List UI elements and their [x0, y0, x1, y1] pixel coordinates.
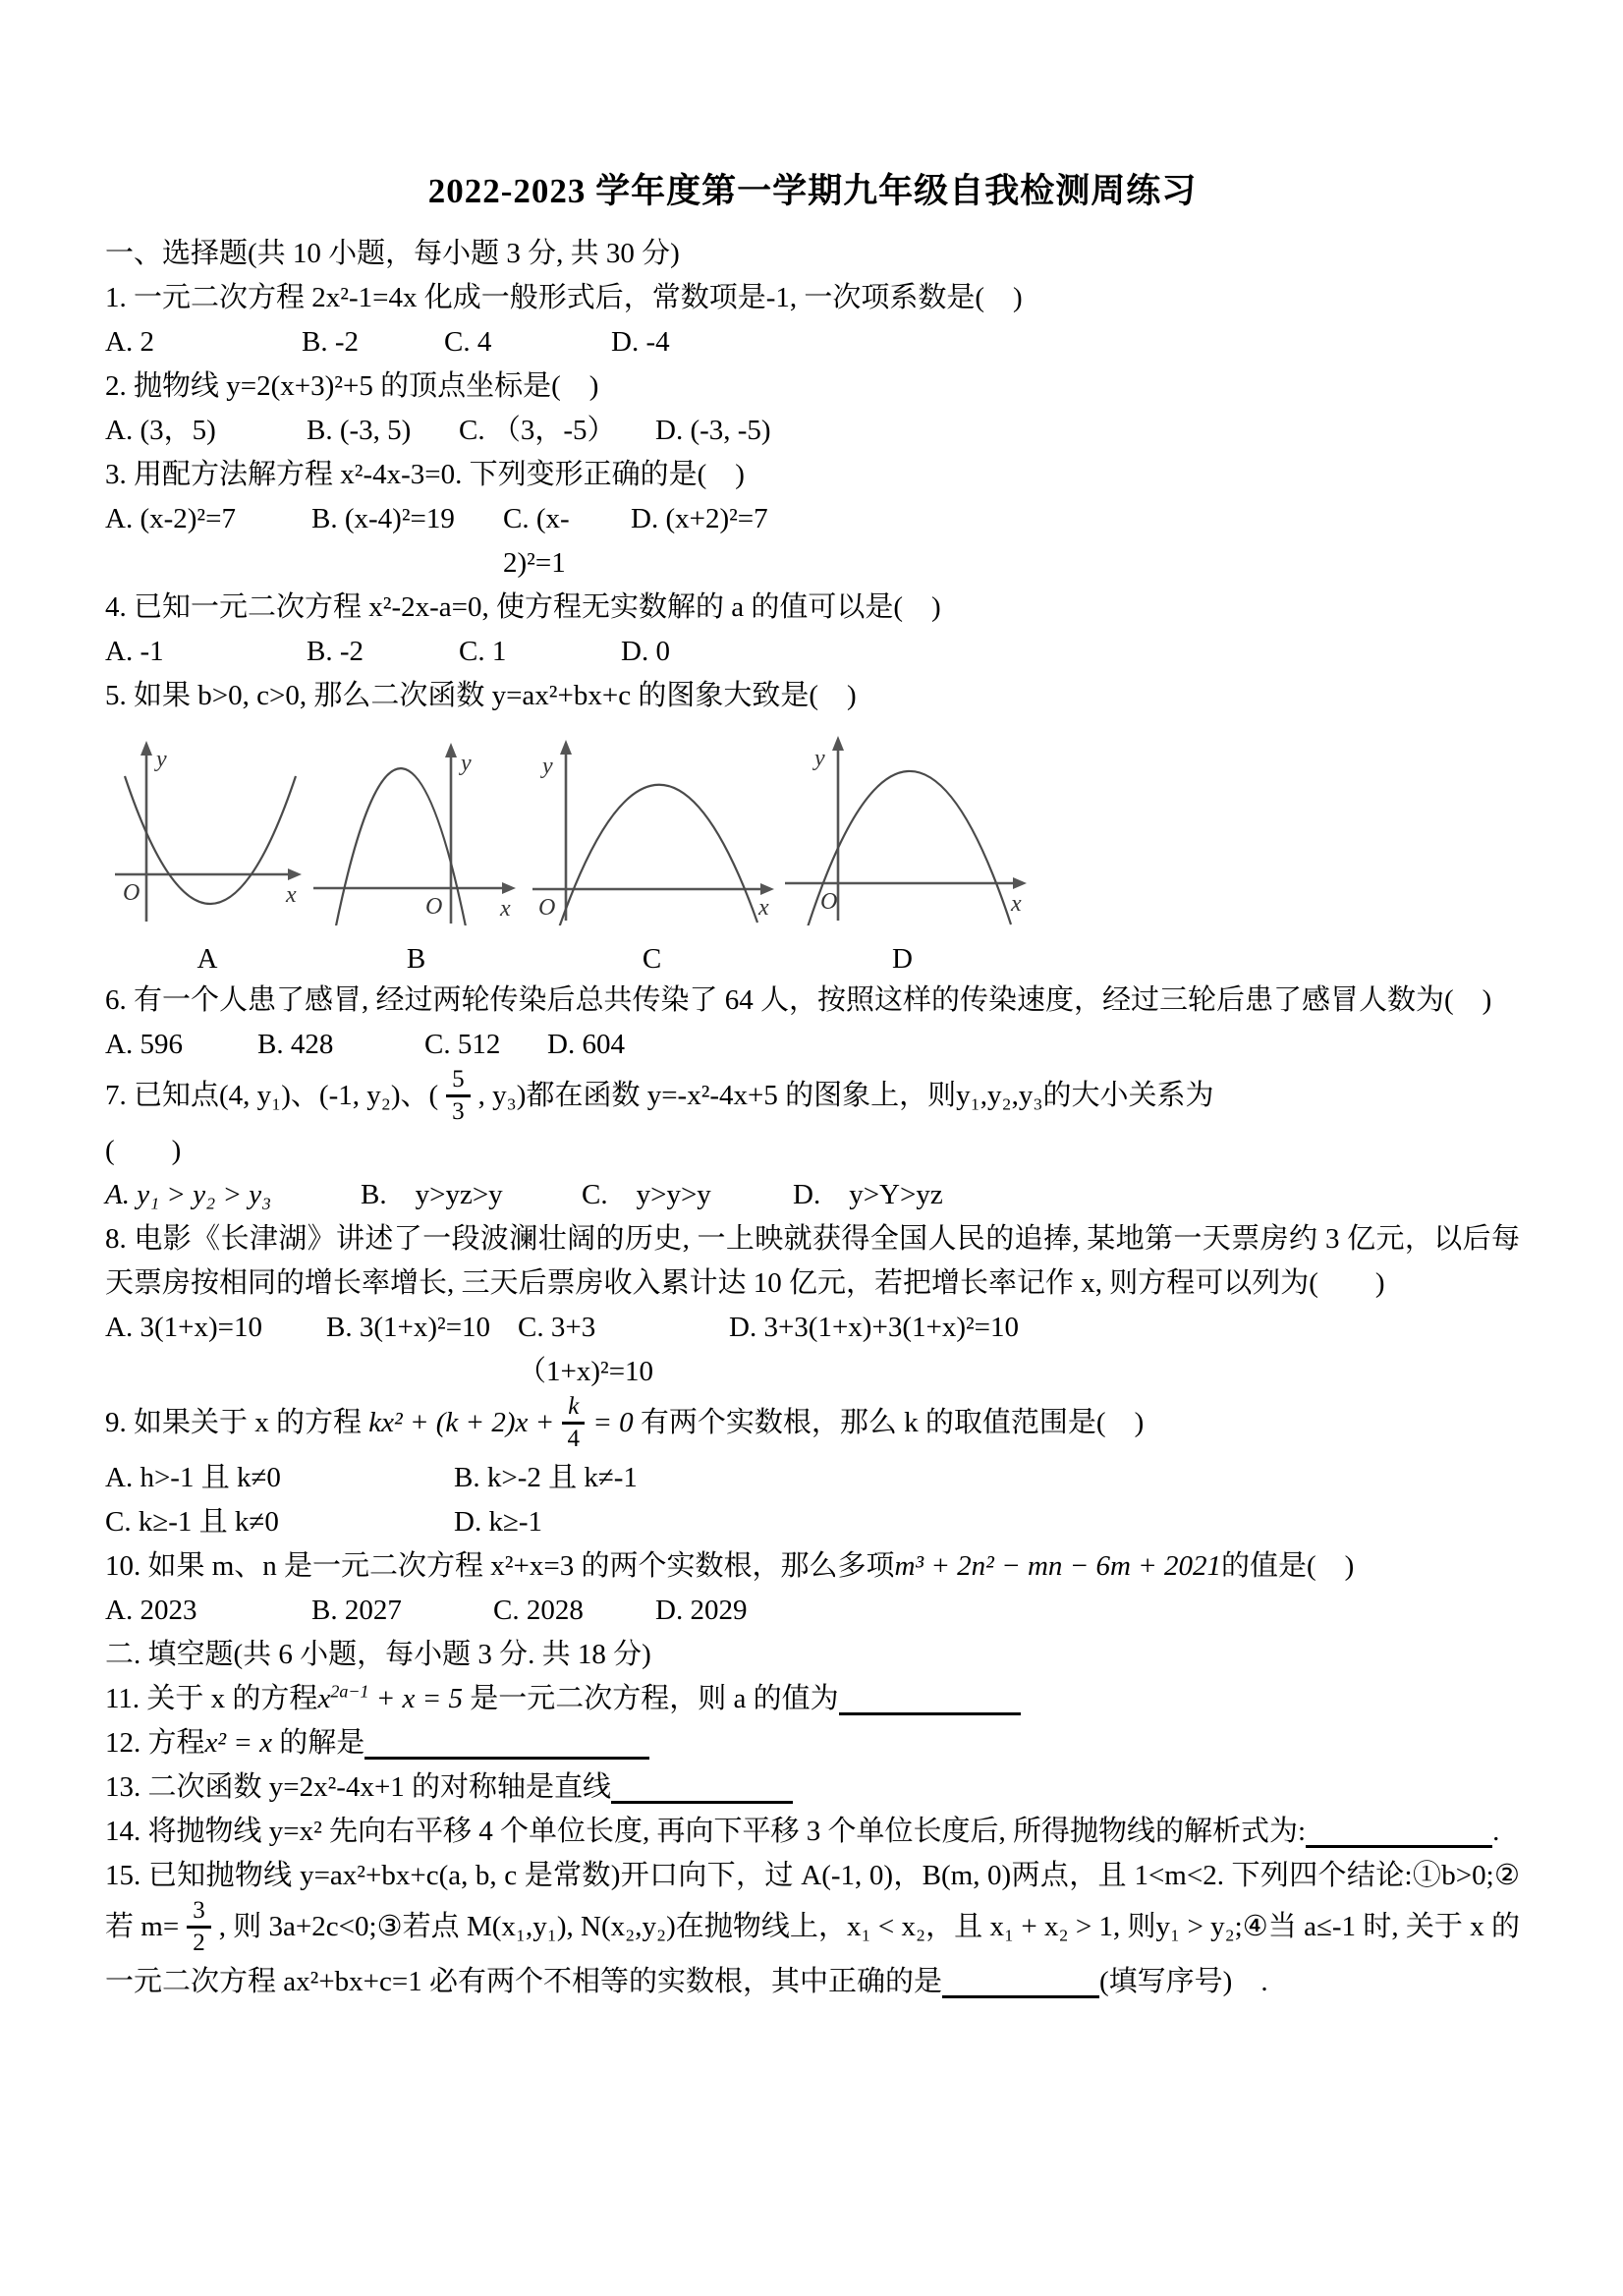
question-7-text-post: , y₃)都在函数 y=-x²-4x+5 的图象上，则y₁,y₂,y₃的大小关系… [478, 1080, 1214, 1111]
parabola-graph-d: y x O [777, 734, 1028, 925]
question-7-text-pre: 7. 已知点(4, y₁)、(-1, y₂)、( [105, 1080, 438, 1111]
option-6a: A. 596 [105, 1023, 257, 1067]
question-3-options: A. (x-2)²=7 B. (x-4)²=19 C. (x-2)²=1 D. … [105, 497, 1520, 586]
question-9-equation: kx² + (k + 2)x + [368, 1407, 554, 1438]
y-axis-arrow-icon [560, 740, 572, 755]
y-axis-label: y [459, 751, 472, 776]
option-2a: A. (3，5) [105, 409, 307, 453]
parabola-graph-b: y x O [306, 739, 527, 925]
question-5-text: 5. 如果 b>0, c>0, 那么二次函数 y=ax²+bx+c 的图象大致是… [105, 674, 1520, 718]
question-11-text-post: 是一元二次方程，则 a 的值为 [470, 1683, 838, 1714]
question-14-text-body: 14. 将抛物线 y=x² 先向右平移 4 个单位长度, 再向下平移 3 个单位… [105, 1816, 1306, 1847]
x-axis-label: x [1010, 891, 1022, 917]
x-axis-arrow-icon [1013, 877, 1027, 889]
question-14-text: 14. 将抛物线 y=x² 先向右平移 4 个单位长度, 再向下平移 3 个单位… [105, 1810, 1520, 1854]
origin-label: O [538, 895, 555, 921]
option-8d: D. 3+3(1+x)+3(1+x)²=10 [729, 1306, 1520, 1394]
y-axis-label: y [812, 746, 825, 771]
option-2b: B. (-3, 5) [307, 409, 459, 453]
option-1c: C. 4 [444, 320, 611, 364]
fraction-three-halves: 32 [187, 1896, 211, 1958]
graph-a-caption: A [109, 939, 306, 979]
origin-label: O [425, 894, 442, 920]
y-axis-arrow-icon [445, 743, 457, 757]
question-9-text: 9. 如果关于 x 的方程 kx² + (k + 2)x +k4= 0 有两个实… [105, 1394, 1520, 1456]
question-13-text-body: 13. 二次函数 y=2x²-4x+1 的对称轴是直线 [105, 1771, 611, 1803]
question-2-options: A. (3，5) B. (-3, 5) C. （3，-5） D. (-3, -5… [105, 409, 1520, 453]
fraction-denominator: 3 [450, 1097, 467, 1127]
section-1-heading: 一、选择题(共 10 小题，每小题 3 分, 共 30 分) [105, 232, 1520, 276]
question-7-bracket: ( ) [105, 1129, 1520, 1173]
option-10d: D. 2029 [655, 1589, 1520, 1633]
x-axis-arrow-icon [760, 883, 774, 895]
origin-label: O [123, 880, 140, 906]
option-3b: B. (x-4)²=19 [311, 497, 503, 586]
question-11-exponent: 2a−1 [330, 1681, 368, 1701]
graph-option-b: y x O B [306, 739, 527, 979]
parabola-graph-choices: y x O A y x O B [109, 734, 1520, 979]
option-4a: A. -1 [105, 630, 307, 674]
option-3c: C. (x-2)²=1 [503, 497, 631, 586]
question-9-text-pre: 9. 如果关于 x 的方程 [105, 1407, 368, 1438]
question-10-options: A. 2023 B. 2027 C. 2028 D. 2029 [105, 1589, 1520, 1633]
option-8c: C. 3+3（1+x)²=10 [518, 1306, 729, 1394]
fraction-k-fourths: k4 [562, 1392, 585, 1454]
fraction-denominator: 2 [191, 1929, 207, 1958]
question-3-text: 3. 用配方法解方程 x²-4x-3=0. 下列变形正确的是( ) [105, 453, 1520, 497]
graph-option-d: y x O D [777, 734, 1028, 979]
option-6b: B. 428 [257, 1023, 424, 1067]
y-axis-arrow-icon [832, 736, 844, 751]
parabola-graph-c: y x O [527, 734, 777, 925]
option-1b: B. -2 [302, 320, 444, 364]
option-6d: D. 604 [547, 1023, 1520, 1067]
fraction-denominator: 4 [566, 1425, 583, 1454]
graph-b-caption: B [306, 939, 527, 979]
question-9-options: A. h>-1 且 k≠0 B. k>-2 且 k≠-1 C. k≥-1 且 k… [105, 1456, 1520, 1544]
y-axis-arrow-icon [140, 741, 152, 756]
question-7-options: A. y₁ > y₂ > y₃ B. y>yz>y C. y>y>y D. y>… [105, 1173, 1520, 1217]
fraction-five-thirds: 53 [446, 1065, 471, 1127]
option-1a: A. 2 [105, 320, 302, 364]
graph-d-caption: D [777, 939, 1028, 979]
option-9c: C. k≥-1 且 k≠0 [105, 1500, 454, 1544]
fraction-numerator: k [562, 1392, 585, 1425]
section-2-heading: 二. 填空题(共 6 小题，每小题 3 分. 共 18 分) [105, 1633, 1520, 1677]
option-8b: B. 3(1+x)²=10 [326, 1306, 518, 1394]
option-8a: A. 3(1+x)=10 [105, 1306, 326, 1394]
answer-blank [1306, 1812, 1492, 1848]
option-9a: A. h>-1 且 k≠0 [105, 1456, 454, 1500]
parabola-graph-a: y x O [109, 739, 306, 925]
option-4b: B. -2 [307, 630, 459, 674]
question-10-polynomial: m³ + 2n² − mn − 6m + 2021 [894, 1550, 1221, 1582]
question-14-period: . [1492, 1816, 1499, 1847]
question-1-text: 1. 一元二次方程 2x²-1=4x 化成一般形式后，常数项是-1, 一次项系数… [105, 276, 1520, 320]
fraction-numerator: 5 [446, 1065, 471, 1097]
graph-option-a: y x O A [109, 739, 306, 979]
graph-option-c: y x O C [527, 734, 777, 979]
graph-c-caption: C [527, 939, 777, 979]
question-11-equation: + x = 5 [368, 1683, 470, 1714]
option-6c: C. 512 [424, 1023, 547, 1067]
option-7c: C. y>y>y [582, 1173, 793, 1217]
answer-blank [942, 1962, 1099, 1998]
question-13-text: 13. 二次函数 y=2x²-4x+1 的对称轴是直线 [105, 1765, 1520, 1810]
x-axis-label: x [757, 895, 769, 921]
option-9d: D. k≥-1 [454, 1500, 1520, 1544]
page-title: 2022-2023 学年度第一学期九年级自我检测周练习 [105, 169, 1520, 214]
parabola-curve-down [330, 768, 475, 925]
option-9b: B. k>-2 且 k≠-1 [454, 1456, 1520, 1500]
question-12-equation: x² = x [205, 1727, 273, 1759]
y-axis-label: y [540, 754, 553, 779]
question-12-text-post: 的解是 [272, 1727, 364, 1759]
exam-paper-page: 2022-2023 学年度第一学期九年级自我检测周练习 一、选择题(共 10 小… [0, 0, 1623, 2296]
x-axis-label: x [285, 882, 297, 908]
question-11-variable: x [317, 1683, 330, 1714]
option-3a: A. (x-2)²=7 [105, 497, 311, 586]
question-4-text: 4. 已知一元二次方程 x²-2x-a=0, 使方程无实数解的 a 的值可以是(… [105, 586, 1520, 630]
option-10b: B. 2027 [311, 1589, 493, 1633]
question-10-text: 10. 如果 m、n 是一元二次方程 x²+x=3 的两个实数根，那么多项m³ … [105, 1544, 1520, 1589]
question-4-options: A. -1 B. -2 C. 1 D. 0 [105, 630, 1520, 674]
option-3d: D. (x+2)²=7 [631, 497, 1520, 586]
question-10-text-pre: 10. 如果 m、n 是一元二次方程 x²+x=3 的两个实数根，那么多项 [105, 1550, 894, 1582]
option-7d: D. y>Y>yz [793, 1173, 1520, 1217]
answer-blank [611, 1767, 793, 1804]
question-10-text-post: 的值是( ) [1221, 1550, 1354, 1582]
x-axis-arrow-icon [502, 882, 516, 894]
question-11-text-pre: 11. 关于 x 的方程 [105, 1683, 317, 1714]
origin-label: O [820, 889, 837, 915]
option-2c: C. （3，-5） [459, 409, 655, 453]
parabola-curve-down [552, 785, 757, 925]
question-6-options: A. 596 B. 428 C. 512 D. 604 [105, 1023, 1520, 1067]
question-15-text-mid: , 则 3a+2c<0;③若点 M(x₁,y₁), N(x₂,y₂)在抛物线上，… [105, 1911, 1520, 1997]
exam-content: 2022-2023 学年度第一学期九年级自我检测周练习 一、选择题(共 10 小… [105, 169, 1520, 2004]
question-2-text: 2. 抛物线 y=2(x+3)²+5 的顶点坐标是( ) [105, 364, 1520, 409]
question-15-text-post: (填写序号) . [1099, 1966, 1268, 1997]
question-1-options: A. 2 B. -2 C. 4 D. -4 [105, 320, 1520, 364]
question-9-text-post: 有两个实数根，那么 k 的取值范围是( ) [634, 1407, 1145, 1438]
option-10a: A. 2023 [105, 1589, 311, 1633]
answer-blank [364, 1723, 649, 1760]
question-7-text: 7. 已知点(4, y₁)、(-1, y₂)、(53, y₃)都在函数 y=-x… [105, 1067, 1520, 1129]
question-8-options: A. 3(1+x)=10 B. 3(1+x)²=10 C. 3+3（1+x)²=… [105, 1306, 1520, 1394]
fraction-numerator: 3 [187, 1896, 211, 1929]
x-axis-arrow-icon [288, 868, 302, 880]
y-axis-label: y [154, 747, 167, 772]
option-4c: C. 1 [459, 630, 621, 674]
option-2d: D. (-3, -5) [655, 409, 1520, 453]
question-6-text: 6. 有一个人患了感冒, 经过两轮传染后总共传染了 64 人，按照这样的传染速度… [105, 979, 1520, 1023]
question-8-text: 8. 电影《长津湖》讲述了一段波澜壮阔的历史, 一上映就获得全国人民的追捧, 某… [105, 1217, 1520, 1306]
question-15-text: 15. 已知抛物线 y=ax²+bx+c(a, b, c 是常数)开口向下，过 … [105, 1854, 1520, 2004]
option-7b: B. y>yz>y [361, 1173, 582, 1217]
answer-blank [839, 1679, 1021, 1715]
option-4d: D. 0 [621, 630, 1520, 674]
option-7a: A. y₁ > y₂ > y₃ [105, 1173, 361, 1217]
option-10c: C. 2028 [493, 1589, 655, 1633]
question-12-text-pre: 12. 方程 [105, 1727, 205, 1759]
option-1d: D. -4 [611, 320, 1520, 364]
question-12-text: 12. 方程x² = x 的解是 [105, 1721, 1520, 1765]
question-11-text: 11. 关于 x 的方程x2a−1 + x = 5 是一元二次方程，则 a 的值… [105, 1677, 1520, 1721]
parabola-curve-up [125, 776, 296, 904]
x-axis-label: x [499, 896, 511, 922]
question-9-equation-end: = 0 [592, 1407, 633, 1438]
